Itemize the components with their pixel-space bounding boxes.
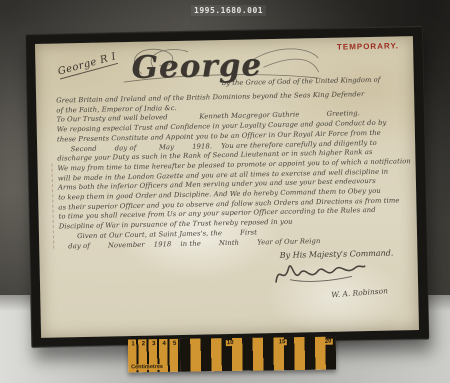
large-signature-scrawl — [271, 256, 368, 290]
ruler-mark: 5 — [172, 341, 177, 347]
ruler-mark: 20 — [324, 339, 333, 345]
picture-frame: TEMPORARY. George R I George by the Grac… — [25, 26, 429, 348]
commission-document: TEMPORARY. George R I George by the Grac… — [35, 36, 419, 338]
catalog-number-label: 1995.1680.001 — [191, 5, 266, 16]
scale-coarse-stripes — [180, 337, 336, 372]
royal-signature: George R I — [57, 51, 118, 79]
ruler-mark: 2 — [141, 341, 146, 347]
centimetre-scale: 12345101520 Centimetres — [128, 337, 336, 373]
temporary-stamp: TEMPORARY. — [337, 41, 399, 51]
ruler-mark: 1 — [130, 341, 135, 347]
ruler-mark: 3 — [151, 341, 156, 347]
margin-dotted-line — [51, 164, 54, 249]
ruler-mark: 10 — [226, 340, 235, 346]
document-body: Great Britain and Ireland and of the Bri… — [56, 89, 411, 252]
ruler-mark: 4 — [161, 341, 166, 347]
ruler-mark: 15 — [278, 339, 287, 345]
scale-unit-label: Centimetres — [130, 364, 164, 370]
museum-photo: 1995.1680.001 TEMPORARY. George R I Geor… — [0, 0, 450, 383]
